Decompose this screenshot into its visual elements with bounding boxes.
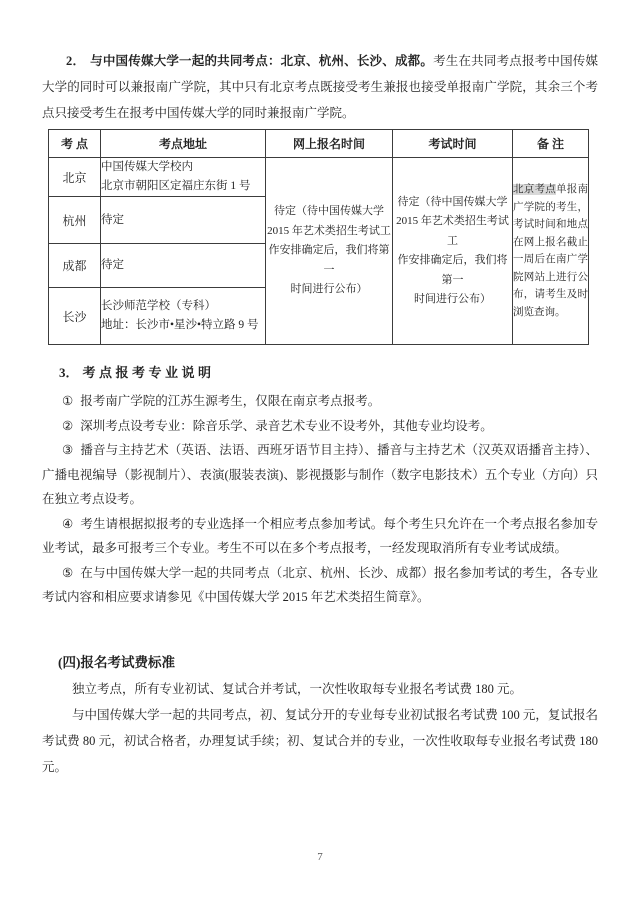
item-text: 报考南广学院的江苏生源考生，仅限在南京考点报考。 — [80, 394, 380, 408]
list-item-2: ②深圳考点设考专业：除音乐学、录音艺术专业不设考外，其他专业均设考。 — [42, 414, 598, 439]
list-item-3: ③播音与主持艺术（英语、法语、西班牙语节目主持）、播音与主持艺术（汉英双语播音主… — [42, 438, 598, 512]
site-address: 长沙师范学校（专科） 地址：长沙市•星沙•特立路 9 号 — [101, 288, 266, 345]
exam-sites-table: 考 点 考点地址 网上报名时间 考试时间 备 注 北京 中国传媒大学校内 北京市… — [48, 129, 589, 345]
site-address: 中国传媒大学校内 北京市朝阳区定福庄东街 1 号 — [101, 158, 266, 197]
site-name: 成都 — [49, 244, 101, 288]
address-line: 中国传媒大学校内 — [101, 158, 265, 177]
item-marker: ② — [62, 419, 73, 433]
time-line: 2015 年艺术类招生考试工 — [266, 222, 392, 242]
time-line: 作安排确定后，我们将第一 — [393, 251, 512, 290]
site-name: 杭州 — [49, 197, 101, 244]
section3-heading-number: 3． — [59, 365, 79, 380]
exam-time-cell: 待定（待中国传媒大学 2015 年艺术类招生考试工 作安排确定后，我们将第一 时… — [393, 158, 513, 345]
address-line: 长沙师范学校（专科） — [101, 297, 265, 316]
time-line: 时间进行公布） — [266, 280, 392, 300]
address-line: 待定 — [101, 256, 265, 275]
time-line: 作安排确定后，我们将第一 — [266, 241, 392, 280]
time-line: 待定（待中国传媒大学 — [393, 193, 512, 213]
list-item-1: ①报考南广学院的江苏生源考生，仅限在南京考点报考。 — [42, 389, 598, 414]
table-header-row: 考 点 考点地址 网上报名时间 考试时间 备 注 — [49, 130, 589, 158]
remark-highlighted-text: 北京考点 — [513, 184, 556, 195]
remark-cell: 北京考点单报南广学院的考生，考试时间和地点在网上报名截止一周后在南广学院网站上进… — [513, 158, 589, 345]
item-marker: ⑤ — [62, 566, 73, 580]
time-line: 时间进行公布） — [393, 290, 512, 310]
section3-heading-title: 考点报考专业说明 — [83, 365, 215, 380]
address-line: 北京市朝阳区定福庄东街 1 号 — [101, 177, 265, 196]
address-line: 地址：长沙市•星沙•特立路 9 号 — [101, 316, 265, 335]
table-row: 北京 中国传媒大学校内 北京市朝阳区定福庄东街 1 号 待定（待中国传媒大学 2… — [49, 158, 589, 197]
online-registration-time-cell: 待定（待中国传媒大学 2015 年艺术类招生考试工 作安排确定后，我们将第一 时… — [266, 158, 393, 345]
item-text: 深圳考点设考专业：除音乐学、录音艺术专业不设考外，其他专业均设考。 — [80, 419, 493, 433]
site-name: 长沙 — [49, 288, 101, 345]
time-line: 2015 年艺术类招生考试工 — [393, 212, 512, 251]
item-marker: ④ — [62, 517, 73, 531]
item-text: 考生请根据拟报考的专业选择一个相应考点参加考试。每个考生只允许在一个考点报名参加… — [42, 517, 598, 556]
list-item-5: ⑤在与中国传媒大学一起的共同考点（北京、杭州、长沙、成都）报名参加考试的考生，各… — [42, 561, 598, 610]
paragraph-number: 2． — [66, 54, 85, 68]
col-header-exam-time: 考试时间 — [393, 130, 513, 158]
col-header-online-time: 网上报名时间 — [266, 130, 393, 158]
site-name: 北京 — [49, 158, 101, 197]
item-marker: ③ — [62, 443, 73, 457]
section4-paragraph-2: 与中国传媒大学一起的共同考点，初、复试分开的专业每专业初试报名考试费 100 元… — [42, 702, 598, 780]
site-address: 待定 — [101, 197, 266, 244]
paragraph-lead-sentence: 与中国传媒大学一起的共同考点：北京、杭州、长沙、成都。 — [90, 54, 433, 68]
page-number: 7 — [0, 851, 640, 863]
col-header-address: 考点地址 — [101, 130, 266, 158]
item-text: 播音与主持艺术（英语、法语、西班牙语节目主持）、播音与主持艺术（汉英双语播音主持… — [42, 443, 598, 506]
section3-heading: 3．考点报考专业说明 — [42, 363, 598, 383]
site-address: 待定 — [101, 244, 266, 288]
item-marker: ① — [62, 394, 73, 408]
time-line: 待定（待中国传媒大学 — [266, 202, 392, 222]
remark-text: 单报南广学院的考生，考试时间和地点在网上报名截止一周后在南广学院网站上进行公布，… — [513, 184, 588, 318]
item-text: 在与中国传媒大学一起的共同考点（北京、杭州、长沙、成都）报名参加考试的考生，各专… — [42, 566, 598, 605]
paragraph-common-sites: 2．与中国传媒大学一起的共同考点：北京、杭州、长沙、成都。考生在共同考点报考中国… — [42, 48, 598, 126]
list-item-4: ④考生请根据拟报考的专业选择一个相应考点参加考试。每个考生只允许在一个考点报名参… — [42, 512, 598, 561]
document-page: 2．与中国传媒大学一起的共同考点：北京、杭州、长沙、成都。考生在共同考点报考中国… — [0, 0, 640, 780]
col-header-remark: 备 注 — [513, 130, 589, 158]
col-header-site: 考 点 — [49, 130, 101, 158]
address-line: 待定 — [101, 211, 265, 230]
section4-paragraph-1: 独立考点，所有专业初试、复试合并考试，一次性收取每专业报名考试费 180 元。 — [42, 676, 598, 702]
section4-heading: (四)报名考试费标准 — [42, 652, 598, 674]
